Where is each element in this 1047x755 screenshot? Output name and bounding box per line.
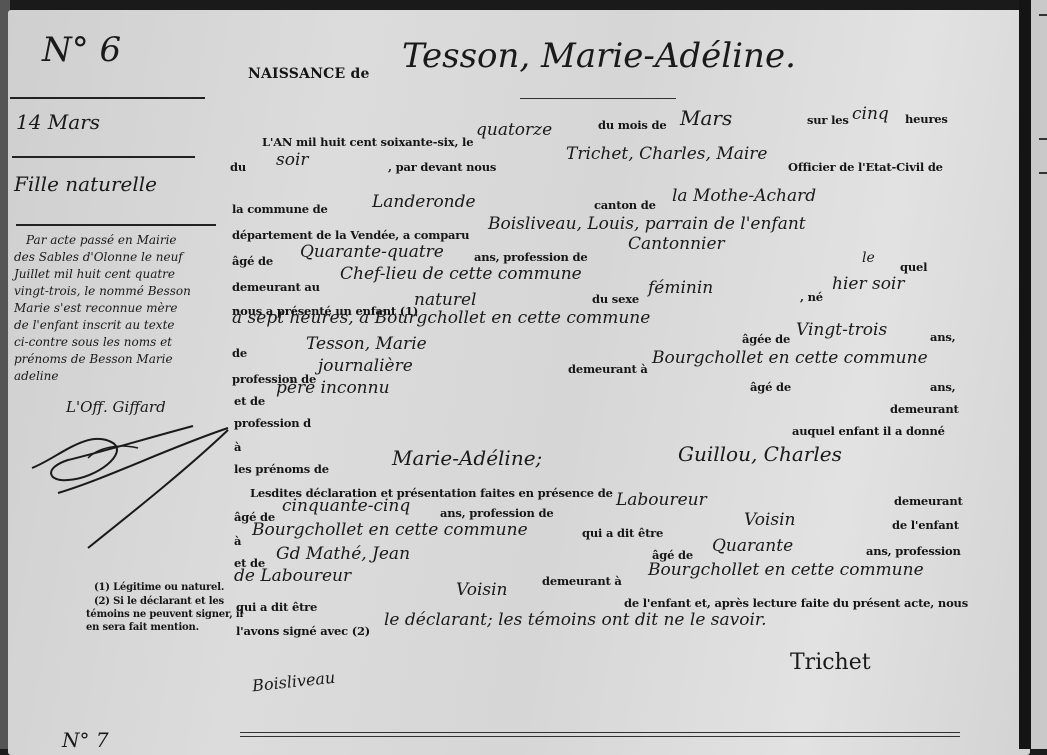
record-number: N° 6 [42,30,121,70]
margin-status: Fille naturelle [14,172,157,196]
printed-text: ans, profession de [440,506,553,520]
footnote-2: (2) Si le déclarant et les [94,596,251,607]
printed-text: demeurant au [232,280,320,294]
annotation-line: des Sables d'Olonne le neuf [14,249,214,266]
birth-time-place-field: à sept heures, à Bourgchollet en cette c… [232,308,650,328]
commune-field: Landeronde [372,192,476,212]
witness1-name-field: Guillou, Charles [678,442,842,466]
scanned-page: N° 6 14 Mars Fille naturelle Par acte pa… [0,0,1047,749]
printed-text: quel [900,260,927,274]
declarant-residence-field: Chef-lieu de cette commune [340,264,582,284]
footnotes: (1) Légitime ou naturel. (2) Si le décla… [86,582,243,626]
printed-text: âgée de [742,332,790,346]
printed-text: ans, profession [866,544,961,558]
father-field: père inconnu [276,378,390,398]
annotation-line: Juillet mil huit cent quatre [14,266,214,283]
printed-text: à [234,440,241,454]
printed-text: ans, profession de [474,250,587,264]
given-names-field: Marie-Adéline; [392,446,542,470]
birth-when-field: hier soir [832,274,905,294]
printed-text: auquel enfant il a donné [792,424,945,438]
day-field: quatorze [476,120,552,140]
edge-tick [1039,138,1047,140]
child-kind-field: naturel [414,290,477,310]
declarant-field: Boisliveau, Louis, parrain de l'enfant [488,214,806,234]
printed-text: les prénoms de [234,462,329,476]
printed-text: qui a dit être [582,526,663,540]
witness1-residence-field: Bourgchollet en cette commune [252,520,528,540]
printed-text: ans, [930,330,956,344]
annotation-line: ci-contre sous les noms et [14,334,214,351]
printed-text: du [230,160,246,174]
record-heading: NAISSANCE de [248,66,370,82]
month-field: Mars [680,106,732,130]
child-name: Tesson, Marie-Adéline. [402,36,796,76]
annotation-line: adeline [14,368,214,385]
printed-text: à [234,534,241,548]
annotation-line: prénoms de Besson Marie [14,351,214,368]
record-end-rule [240,732,960,733]
printed-text: profession d [234,416,311,430]
margin-divider [12,156,195,158]
printed-text: du sexe [592,292,639,306]
printed-text: heures [905,112,948,126]
signature-mention-field: le déclarant; les témoins ont dit ne le … [384,610,767,630]
printed-text: ans, [930,380,956,394]
edge-tick [1039,14,1047,16]
record-end-rule [240,736,960,737]
witness1-age-field: cinquante-cinq [282,496,410,516]
mother-profession-field: journalière [318,356,413,376]
mother-age-field: Vingt-trois [796,320,887,340]
witness1-profession-field: Laboureur [616,490,707,510]
sex-field: féminin [648,278,713,298]
next-page-edge [1031,0,1047,749]
printed-text: qui a dit être [236,600,317,614]
printed-text: la commune de [232,202,328,216]
printed-text: et de [234,394,265,408]
margin-annotation: Par acte passé en Mairie des Sables d'Ol… [14,232,214,385]
printed-text: demeurant [890,402,959,416]
printed-text: canton de [594,198,656,212]
margin-date: 14 Mars [16,110,100,134]
annotation-line: vingt-trois, le nommé Besson [14,283,214,300]
annotation-line: de l'enfant inscrit au texte [14,317,214,334]
footnote-2-cont: en sera fait mention. [86,622,243,633]
printed-text: sur les [807,113,849,127]
page-edge-rule [1019,0,1031,749]
time-of-day-field: soir [276,150,309,170]
mother-residence-field: Bourgchollet en cette commune [652,348,928,368]
declarant-age-field: Quarante-quatre [300,242,444,262]
printed-text: âgé de [232,254,273,268]
printed-text: L'AN mil huit cent soixante-six, le [262,135,473,149]
mother-name-field: Tesson, Marie [306,334,427,354]
footnote-2-cont: témoins ne peuvent signer, il [86,609,243,620]
le-field: le [862,250,875,266]
canton-field: la Mothe-Achard [672,186,816,206]
annotation-signature: L'Off. Giffard [66,398,166,416]
printed-text: l'avons signé avec (2) [236,624,370,638]
witness2-relation-field: Voisin [456,580,508,600]
witness2-profession-field: de Laboureur [234,566,351,586]
printed-text: âgé de [750,380,791,394]
officer-paraph-flourish [28,418,238,553]
footnote-1: (1) Légitime ou naturel. [94,582,251,593]
witness2-age-field: Quarante [712,536,793,556]
margin-divider [16,224,216,226]
officer-signature: Trichet [790,650,871,675]
witness2-residence-field: Bourgchollet en cette commune [648,560,924,580]
printed-text: demeurant à [542,574,622,588]
officer-field: Trichet, Charles, Maire [566,144,768,164]
printed-text: demeurant à [568,362,648,376]
witness1-relation-field: Voisin [744,510,796,530]
annotation-line: Par acte passé en Mairie [14,232,214,249]
annotation-line: Marie s'est reconnue mère [14,300,214,317]
next-record-number: N° 7 [62,728,109,749]
printed-text: , né [800,290,823,304]
edge-tick [1039,172,1047,174]
printed-text: du mois de [598,118,666,132]
hour-field: cinq [852,104,889,124]
printed-text: demeurant [894,494,963,508]
printed-text: de l'enfant et, après lecture faite du p… [624,596,968,610]
printed-text: département de la Vendée, a comparu [232,228,469,242]
title-underline [520,98,676,99]
margin-divider [10,97,205,99]
printed-text: de [232,346,247,360]
witness2-name-field: Gd Mathé, Jean [276,544,410,564]
printed-text: de l'enfant [892,518,959,532]
declarant-profession-field: Cantonnier [628,234,725,254]
printed-text: , par devant nous [388,160,496,174]
printed-text: Officier de l'Etat-Civil de [788,160,943,174]
